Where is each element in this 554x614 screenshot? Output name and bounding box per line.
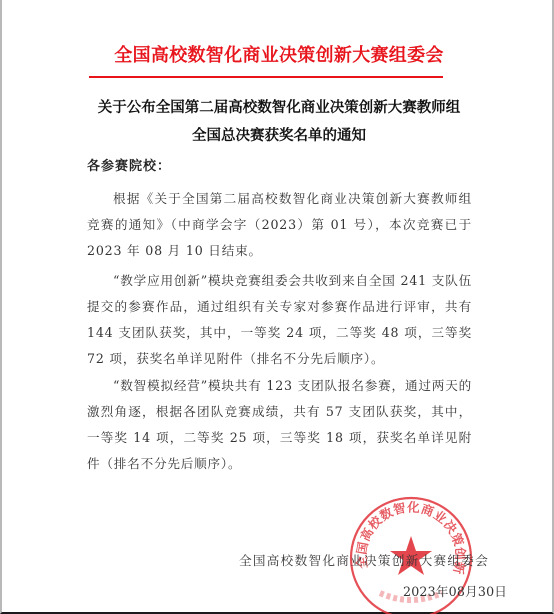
signature-date: 2023年08月30日 [403,581,507,600]
paragraph-teaching-innovation: “教学应用创新”模块竞赛组委会共收到来自全国 241 支队伍提交的参赛作品，通过… [87,268,472,372]
document-title-line-1: 关于公布全国第二届高校数智化商业决策创新大赛教师组 [2,96,554,117]
signature-organization: 全国高校数智化商业决策创新大赛组委会 [239,550,489,569]
organization-header: 全国高校数智化商业决策创新大赛组委会 [2,41,554,67]
header-divider [89,76,443,78]
paragraph-intro: 根据《关于全国第二届高校数智化商业决策创新大赛教师组竞赛的通知》（中商学会字（2… [87,186,472,264]
paragraph-simulation-business: “数智模拟经营”模块共有 123 支团队报名参赛，通过两天的激烈角逐，根据各团队… [87,373,472,477]
document-title-line-2: 全国总决赛获奖名单的通知 [2,124,554,145]
document-page: 全国高校数智化商业决策创新大赛组委会 关于公布全国第二届高校数智化商业决策创新大… [0,0,554,614]
salutation: 各参赛院校： [87,155,171,174]
